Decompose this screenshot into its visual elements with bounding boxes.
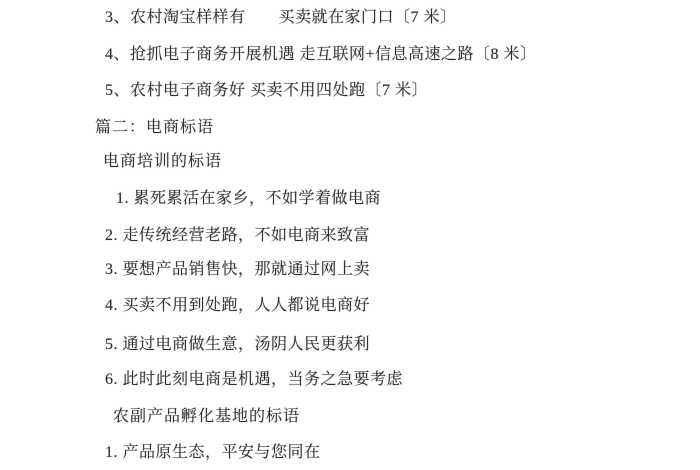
training-slogan-item-1: 1. 累死累活在家乡，不如学着做电商 xyxy=(116,189,381,209)
incubation-slogan-item-1: 1. 产品原生态，平安与您同在 xyxy=(105,443,321,463)
training-slogan-item-4: 4. 买卖不用到处跑，人人都说电商好 xyxy=(105,296,370,316)
section-heading-part-two: 篇二：电商标语 xyxy=(95,118,214,138)
slogan-line-5-rural-ecommerce: 5、农村电子商务好 买卖不用四处跑〔7 米〕 xyxy=(105,81,428,101)
training-slogan-item-2: 2. 走传统经营老路，不如电商来致富 xyxy=(105,226,370,246)
subheading-incubation-base: 农副产品孵化基地的标语 xyxy=(113,407,300,427)
slogan-line-3-rural-taobao: 3、农村淘宝样样有 买卖就在家门口〔7 米〕 xyxy=(105,8,457,28)
document-page: 3、农村淘宝样样有 买卖就在家门口〔7 米〕 4、抢抓电子商务开展机遇 走互联网… xyxy=(0,0,700,470)
training-slogan-item-5: 5. 通过电商做生意，汤阴人民更获利 xyxy=(105,335,370,355)
slogan-line-4-seize-ecommerce: 4、抢抓电子商务开展机遇 走互联网+信息高速之路〔8 米〕 xyxy=(105,45,537,65)
training-slogan-item-6: 6. 此时此刻电商是机遇，当务之急要考虑 xyxy=(105,370,403,390)
subheading-training-slogans: 电商培训的标语 xyxy=(103,152,222,172)
training-slogan-item-3: 3. 要想产品销售快，那就通过网上卖 xyxy=(105,260,370,280)
